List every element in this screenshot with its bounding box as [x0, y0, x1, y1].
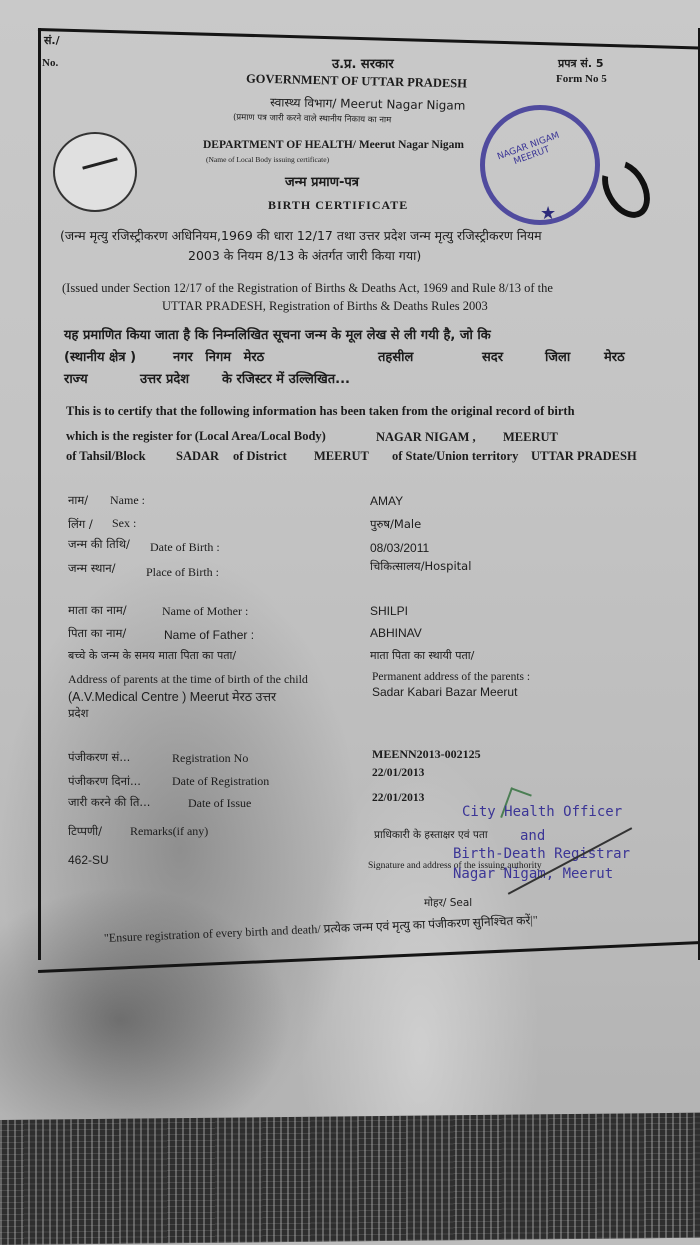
remarks-value: 462-SU [68, 854, 109, 866]
reg-date-label-hi: पंजीकरण दिनां... [68, 776, 141, 788]
certify-hi-line1: यह प्रमाणित किया जाता है कि निम्नलिखित स… [64, 329, 491, 342]
certify-hi-state-label: राज्य [64, 373, 88, 386]
local-city-value: MEERUT [503, 431, 558, 444]
place-value: चिकित्सालय/Hospital [370, 561, 471, 573]
state-value: UTTAR PRADESH [531, 450, 637, 463]
issue-date-label-hi: जारी करने की ति... [68, 797, 150, 809]
dept-line-en: DEPARTMENT OF HEALTH/ Meerut Nagar Nigam [203, 140, 464, 152]
legal-text-hi-1: (जन्म मृत्यु रजिस्ट्रीकरण अधिनियम,1969 क… [60, 230, 542, 243]
dob-label-hi: जन्म की तिथि/ [68, 539, 130, 551]
mother-value: SHILPI [370, 605, 408, 617]
place-label-en: Place of Birth : [146, 566, 219, 578]
signature-label-hi: प्राधिकारी के हस्ताक्षर एवं पता [374, 830, 488, 841]
certify-en-line2-label: which is the register for (Local Area/Lo… [66, 430, 326, 443]
sex-label-en: Sex : [112, 517, 136, 529]
reg-no-label-en: Registration No [172, 752, 248, 764]
govt-title-hi: उ.प्र. सरकार [332, 58, 394, 71]
dept-line-hi: स्वास्थ्य विभाग/ Meerut Nagar Nigam [270, 96, 466, 111]
certificate-title-hi: जन्म प्रमाण-पत्र [285, 176, 359, 189]
issuing-body-en: (Name of Local Body issuing certificate) [206, 156, 329, 164]
father-label-en: Name of Father : [164, 629, 254, 641]
certify-hi-district-label: जिला [545, 351, 570, 364]
local-body-value: NAGAR NIGAM , [376, 431, 476, 444]
mother-label-en: Name of Mother : [162, 605, 248, 617]
mother-label-hi: माता का नाम/ [68, 605, 127, 617]
reg-date-label-en: Date of Registration [172, 775, 269, 787]
birth-address-label-hi: बच्चे के जन्म के समय माता पिता का पता/ [68, 650, 236, 661]
dob-label-en: Date of Birth : [150, 541, 220, 553]
permanent-address-value: Sadar Kabari Bazar Meerut [372, 686, 517, 698]
sex-label-hi: लिंग / [68, 519, 93, 531]
certificate-title-en: BIRTH CERTIFICATE [268, 199, 408, 211]
tahsil-value: SADAR [176, 450, 219, 463]
permanent-address-label-hi: माता पिता का स्थायी पता/ [370, 650, 474, 661]
reg-date-value: 22/01/2013 [372, 768, 424, 780]
legal-text-en-1: (Issued under Section 12/17 of the Regis… [62, 282, 553, 295]
certify-en-line1: This is to certify that the following in… [66, 405, 575, 418]
name-label-hi: नाम/ [68, 495, 88, 507]
certify-hi-district-value: मेरठ [604, 351, 625, 364]
certify-hi-tehsil-label: तहसील [378, 351, 413, 364]
reg-no-value: MEENN2013-002125 [372, 748, 481, 760]
birth-address-value-1: (A.V.Medical Centre ) Meerut मेरठ उत्तर [68, 691, 276, 704]
officer-stamp-and: and [520, 829, 545, 843]
sex-value: पुरुष/Male [370, 519, 421, 531]
issue-date-label-en: Date of Issue [188, 797, 251, 809]
dob-value: 08/03/2011 [370, 542, 429, 554]
birth-address-label-en: Address of parents at the time of birth … [68, 673, 308, 685]
name-value: AMAY [370, 495, 403, 507]
remarks-label-hi: टिप्पणी/ [68, 826, 102, 838]
father-label-hi: पिता का नाम/ [68, 628, 126, 640]
seal-star-icon: ★ [540, 203, 556, 224]
serial-label-en: No. [42, 58, 58, 69]
district-value: MEERUT [314, 450, 369, 463]
tahsil-label: of Tahsil/Block [66, 450, 146, 463]
state-emblem-icon [53, 132, 137, 212]
district-label: of District [233, 450, 287, 463]
certify-hi-area-label: (स्थानीय क्षेत्र ) [64, 351, 136, 364]
form-no-en: Form No 5 [556, 74, 607, 85]
certify-hi-register-suffix: के रजिस्टर में उल्लिखित... [222, 373, 350, 386]
place-label-hi: जन्म स्थान/ [68, 563, 116, 575]
certify-hi-area-value: नगर निगम मेरठ [173, 351, 264, 364]
form-no-hi: प्रपत्र सं. 5 [558, 58, 604, 69]
officer-stamp-line2: Birth-Death Registrar [453, 847, 630, 861]
officer-stamp-line1: City Health Officer [462, 805, 622, 819]
legal-text-hi-2: 2003 के नियम 8/13 के अंतर्गत जारी किया ग… [188, 250, 421, 263]
permanent-address-label-en: Permanent address of the parents : [372, 672, 530, 684]
state-label: of State/Union territory [392, 450, 518, 463]
name-label-en: Name : [110, 494, 145, 506]
background-fabric [0, 1113, 700, 1245]
issue-date-value: 22/01/2013 [372, 793, 424, 805]
certify-hi-tehsil-value: सदर [482, 351, 503, 364]
father-value: ABHINAV [370, 627, 422, 639]
certify-hi-state-value: उत्तर प्रदेश [140, 373, 189, 386]
birth-address-value-2: प्रदेश [68, 708, 88, 720]
reg-no-label-hi: पंजीकरण सं... [68, 752, 130, 764]
seal-label: मोहर/ Seal [424, 898, 472, 909]
legal-text-en-2: UTTAR PRADESH, Registration of Births & … [162, 300, 488, 313]
remarks-label-en: Remarks(if any) [130, 825, 208, 837]
serial-label-hi: सं./ [44, 35, 60, 46]
